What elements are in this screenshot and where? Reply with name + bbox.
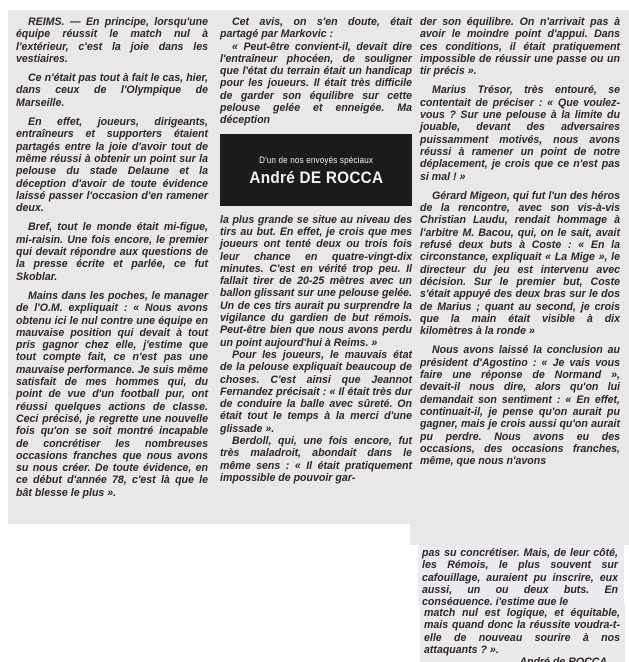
byline-box: D'un de nos envoyés spéciaux André DE RO… [220, 134, 412, 206]
paragraph: Gérard Migeon, qui fut l'un des héros de… [420, 190, 620, 338]
paragraph: pas su concrétiser. Mais, de leur côté, … [422, 547, 618, 608]
paragraph: Bref, tout le monde était mi-figue, mi-r… [16, 221, 208, 282]
continuation-text-container: match nul est logique, et équitable, mai… [424, 607, 620, 662]
article-column-2: Cet avis, on s'en doute, était partagé p… [220, 16, 412, 491]
paragraph: Berdoll, qui, une fois encore, fut très … [220, 435, 412, 484]
author-signature: André de ROCCA. [424, 656, 620, 662]
paragraph: la plus grande se situe au niveau des ti… [220, 214, 412, 349]
article-clipping-continuation-1: pas su concrétiser. Mais, de leur côté, … [418, 545, 624, 605]
paragraph: match nul est logique, et équitable, mai… [424, 607, 620, 656]
paragraph: Mains dans les poches, le manager de l'O… [16, 290, 208, 499]
paragraph: Pour les joueurs, le mauvais état de la … [220, 349, 412, 435]
paragraph: REIMS. — En principe, lorsqu'une équipe … [16, 16, 208, 65]
article-column-1: REIMS. — En principe, lorsqu'une équipe … [16, 16, 208, 506]
byline-kicker: D'un de nos envoyés spéciaux [259, 155, 373, 167]
byline-author-name: André DE ROCCA [249, 172, 383, 184]
paragraph: Cet avis, on s'en doute, était partagé p… [220, 16, 412, 41]
article-column-3: der son équilibre. On n'arrivait pas à a… [420, 16, 620, 474]
paragraph: Nous avons laissé la conclusion au prési… [420, 344, 620, 467]
paragraph: Marius Trésor, très entouré, se contenta… [420, 84, 620, 182]
paragraph: der son équilibre. On n'arrivait pas à a… [420, 16, 620, 77]
article-clipping-continuation-2: match nul est logique, et équitable, mai… [420, 605, 625, 662]
article-clipping-main-extension [410, 524, 629, 545]
paragraph: En effet, joueurs, dirigeants, entraîneu… [16, 116, 208, 214]
paragraph: « Peut-être convient-il, devait dire l'e… [220, 41, 412, 127]
paragraph: Ce n'était pas tout à fait le cas, hier,… [16, 72, 208, 109]
article-clipping-main: REIMS. — En principe, lorsqu'une équipe … [8, 10, 629, 524]
